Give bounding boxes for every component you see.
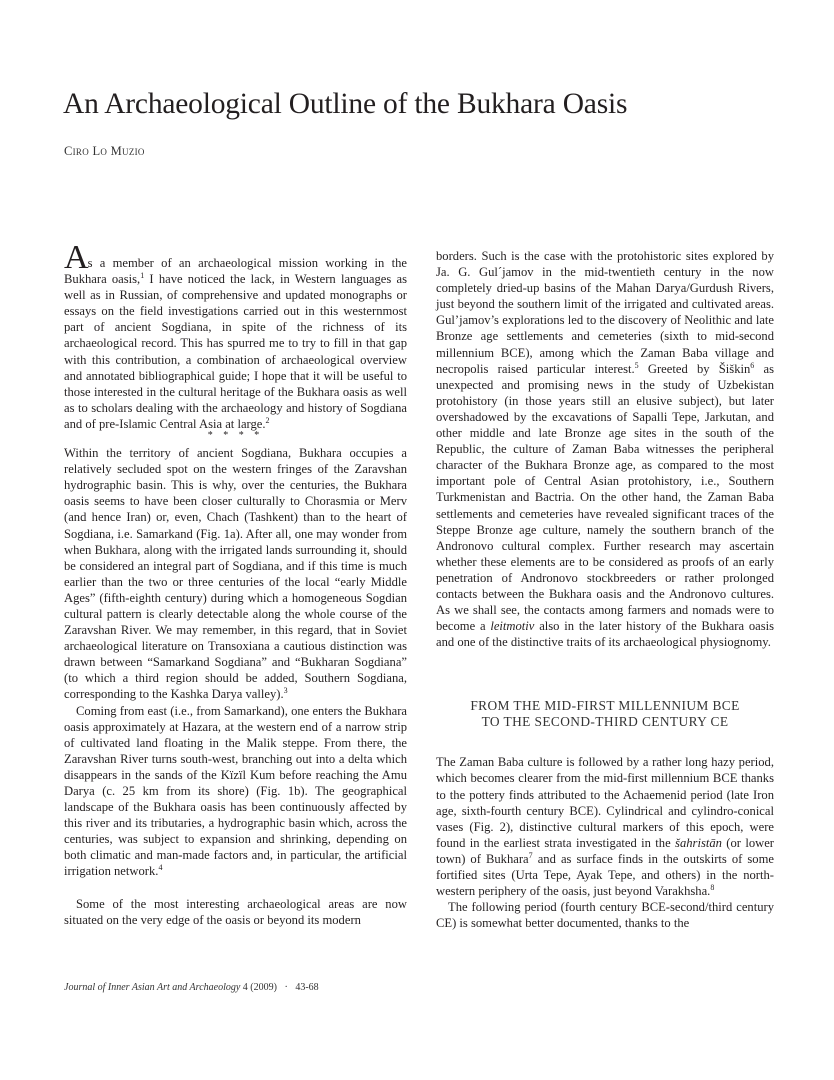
article-title: An Archaeological Outline of the Bukhara… (63, 88, 627, 121)
paragraph-gap (436, 746, 774, 754)
footnote-ref[interactable]: 4 (158, 863, 162, 872)
body-paragraph: The Zaman Baba culture is followed by a … (436, 754, 774, 899)
footnote-ref[interactable]: 8 (710, 883, 714, 892)
author-name: Ciro Lo Muzio (64, 144, 145, 159)
right-column: borders. Such is the case with the proto… (436, 248, 774, 931)
body-paragraph: The following period (fourth century BCE… (436, 899, 774, 931)
section-heading-line-2: TO THE SECOND-THIRD CENTURY CE (436, 714, 774, 730)
journal-volume: 4 (243, 982, 248, 993)
paragraph-gap (64, 880, 407, 896)
journal-year: (2009) (250, 982, 277, 993)
paragraph-gap (436, 650, 774, 666)
intro-paragraph: As a member of an archaeological mission… (64, 248, 407, 432)
paragraph-gap (436, 682, 774, 698)
footer-separator: · (284, 982, 287, 993)
paragraph-gap (436, 730, 774, 746)
body-paragraph: Some of the most interesting archaeologi… (64, 896, 407, 928)
journal-footer: Journal of Inner Asian Art and Archaeolo… (64, 982, 319, 993)
body-paragraph: borders. Such is the case with the proto… (436, 248, 774, 650)
section-heading-line-1: FROM THE MID-FIRST MILLENNIUM BCE (436, 698, 774, 714)
page-range: 43-68 (295, 982, 318, 993)
left-column: As a member of an archaeological mission… (64, 248, 407, 928)
body-paragraph: Within the territory of ancient Sogdiana… (64, 445, 407, 703)
body-paragraph: Coming from east (i.e., from Samarkand),… (64, 703, 407, 880)
footnote-ref[interactable]: 3 (284, 686, 288, 695)
journal-name: Journal of Inner Asian Art and Archaeolo… (64, 982, 240, 993)
paragraph-gap (436, 666, 774, 682)
drop-cap: A (64, 239, 89, 276)
footnote-ref[interactable]: 2 (266, 416, 270, 425)
